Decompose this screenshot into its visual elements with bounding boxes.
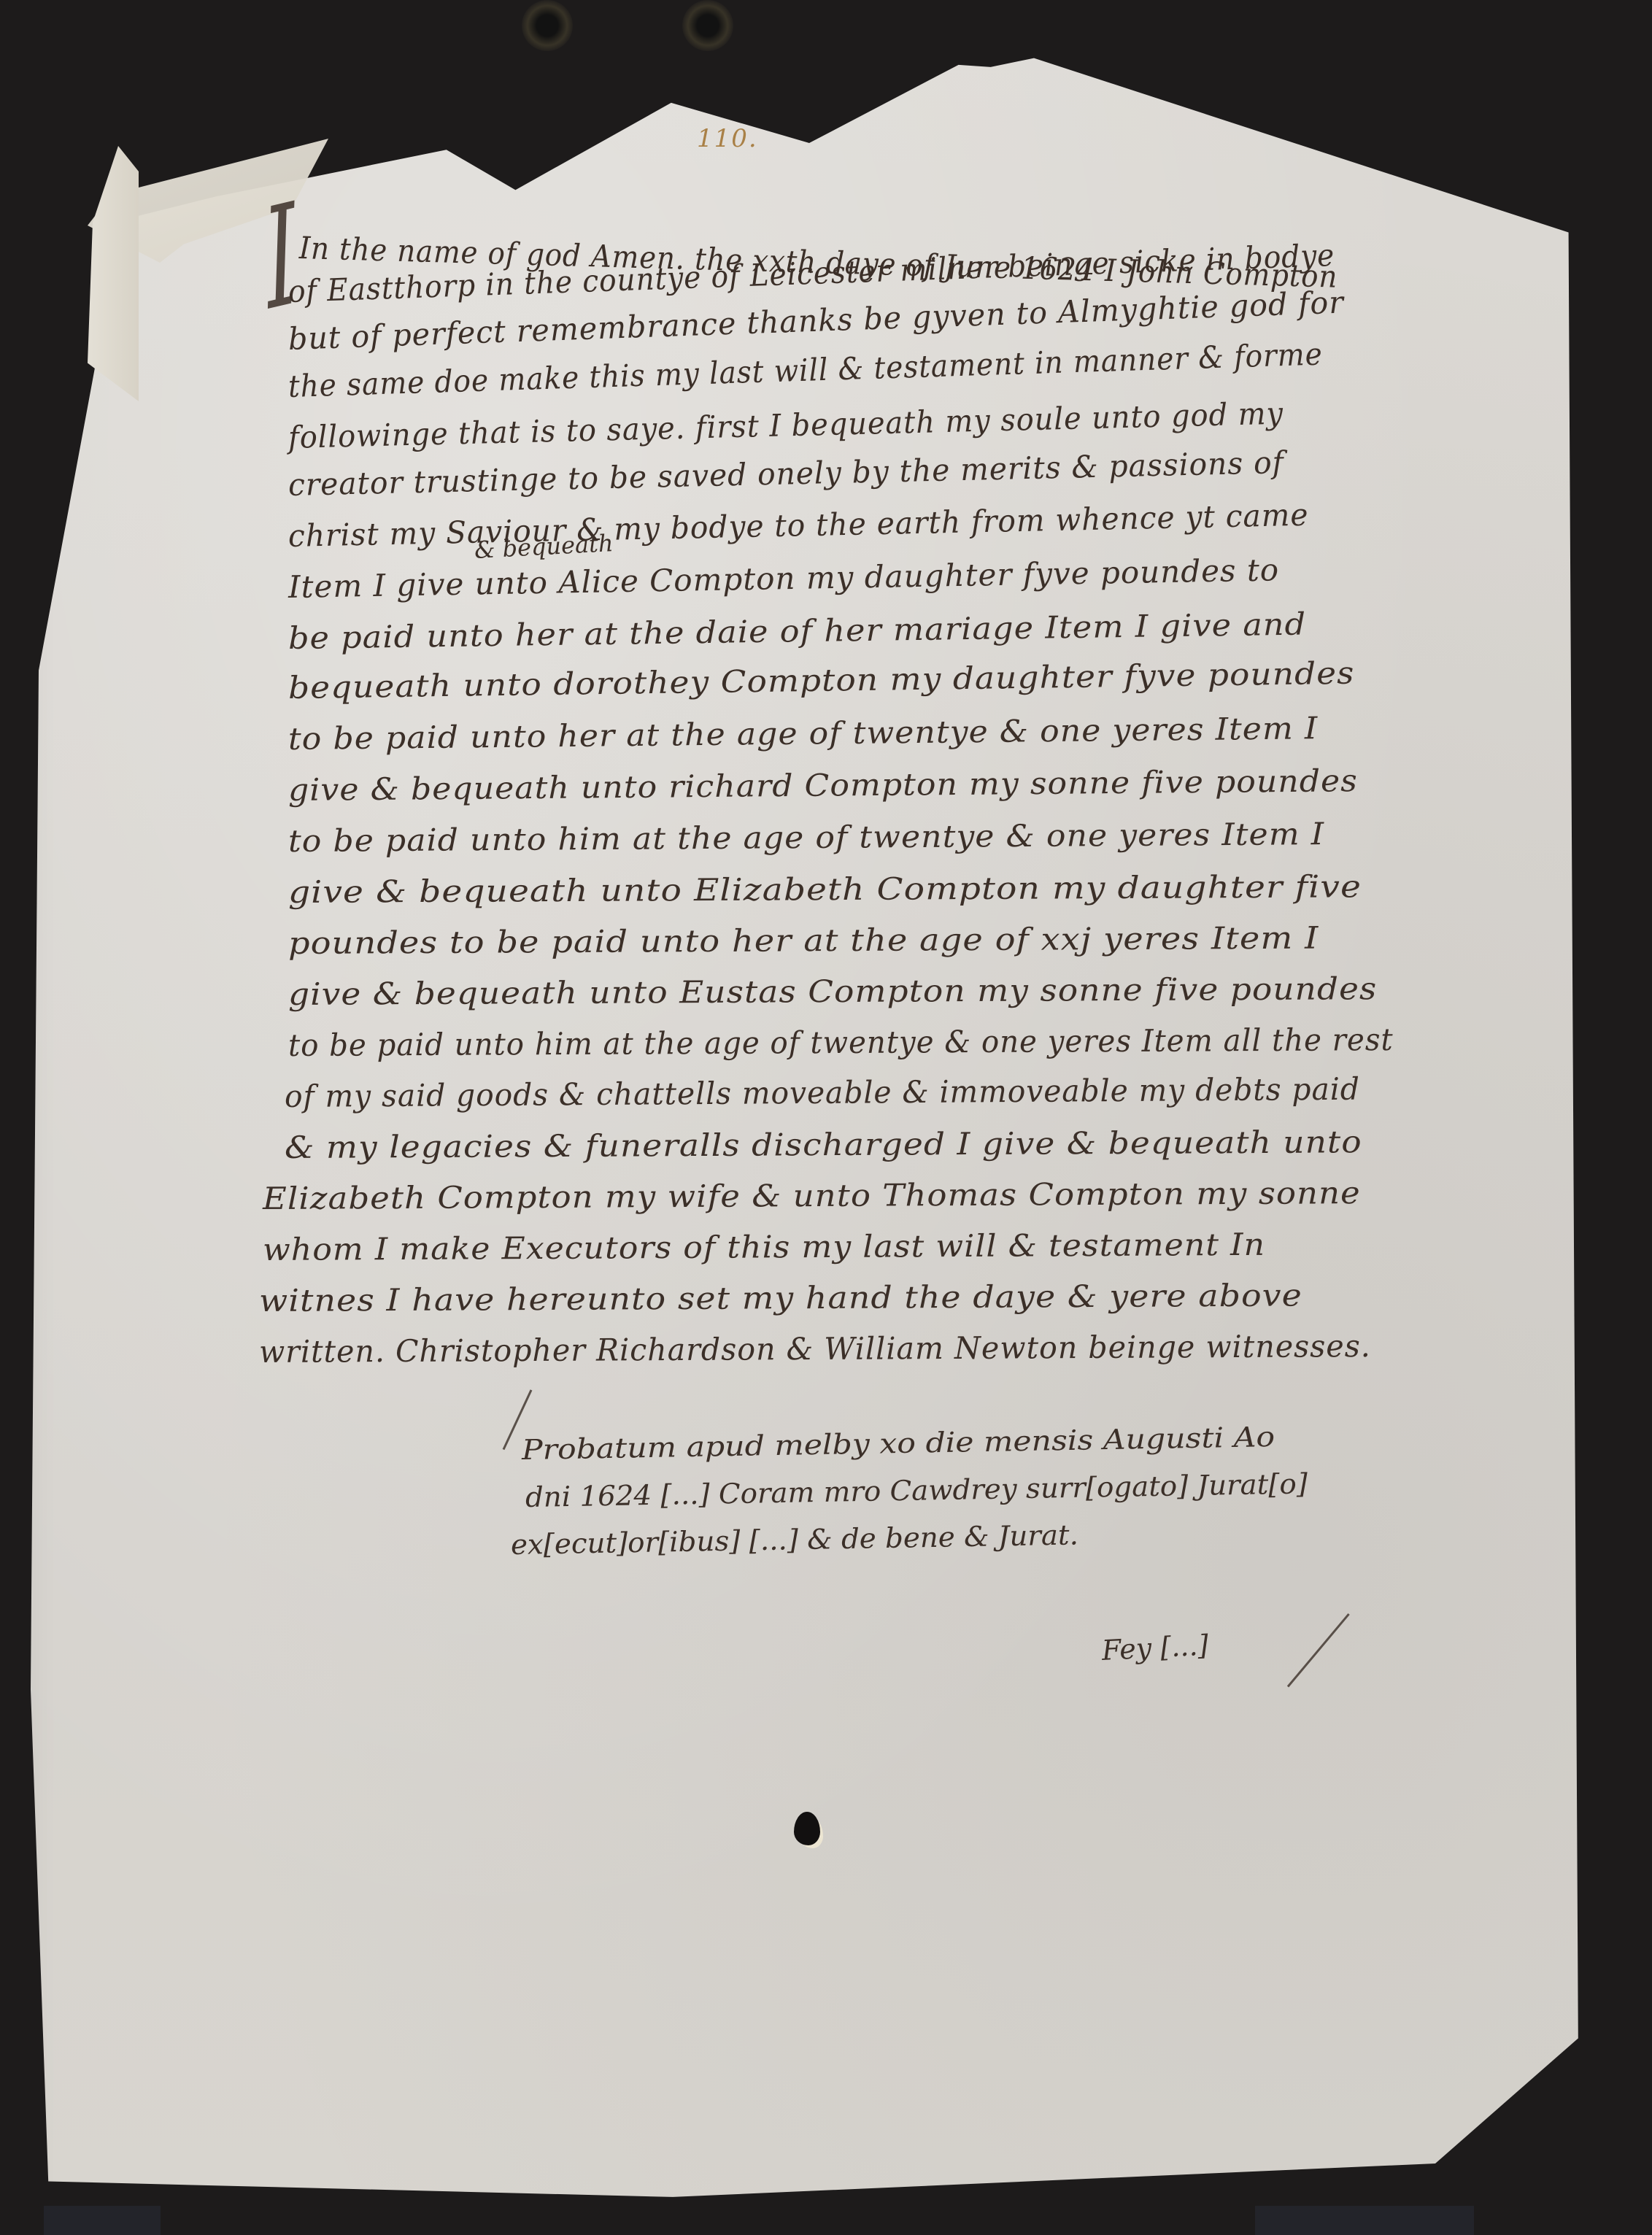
will-line-13: to be paid unto him at the age of twenty… xyxy=(288,816,1324,859)
folded-edge-flap xyxy=(88,146,139,401)
will-line-14: give & bequeath unto Elizabeth Compton m… xyxy=(288,868,1362,910)
will-line-22: witnes I have hereunto set my hand the d… xyxy=(259,1278,1302,1319)
will-line-16: give & bequeath unto Eustas Compton my s… xyxy=(288,970,1378,1012)
will-line-23: written. Christopher Richardson & Willia… xyxy=(259,1328,1371,1370)
will-line-19: & my legacies & funeralls discharged I g… xyxy=(285,1124,1362,1165)
will-line-15: poundes to be paid unto her at the age o… xyxy=(288,920,1319,961)
mount-tape-right xyxy=(1255,2206,1474,2235)
binding-hole-right xyxy=(682,0,733,51)
document-scan: 110. I In the name of god Amen. the xxth… xyxy=(0,0,1652,2235)
binding-hole-left xyxy=(522,0,573,51)
will-line-21: whom I make Executors of this my last wi… xyxy=(263,1227,1265,1267)
paper-hole xyxy=(794,1812,820,1845)
will-line-20: Elizabeth Compton my wife & unto Thomas … xyxy=(263,1175,1361,1216)
mount-tape-left xyxy=(44,2206,161,2235)
folio-number: 110. xyxy=(697,124,758,153)
will-line-18: of my said goods & chattells moveable & … xyxy=(285,1071,1360,1114)
registrar-signature: Fey [...] xyxy=(1101,1629,1209,1667)
will-line-17: to be paid unto him at the age of twenty… xyxy=(288,1022,1394,1063)
